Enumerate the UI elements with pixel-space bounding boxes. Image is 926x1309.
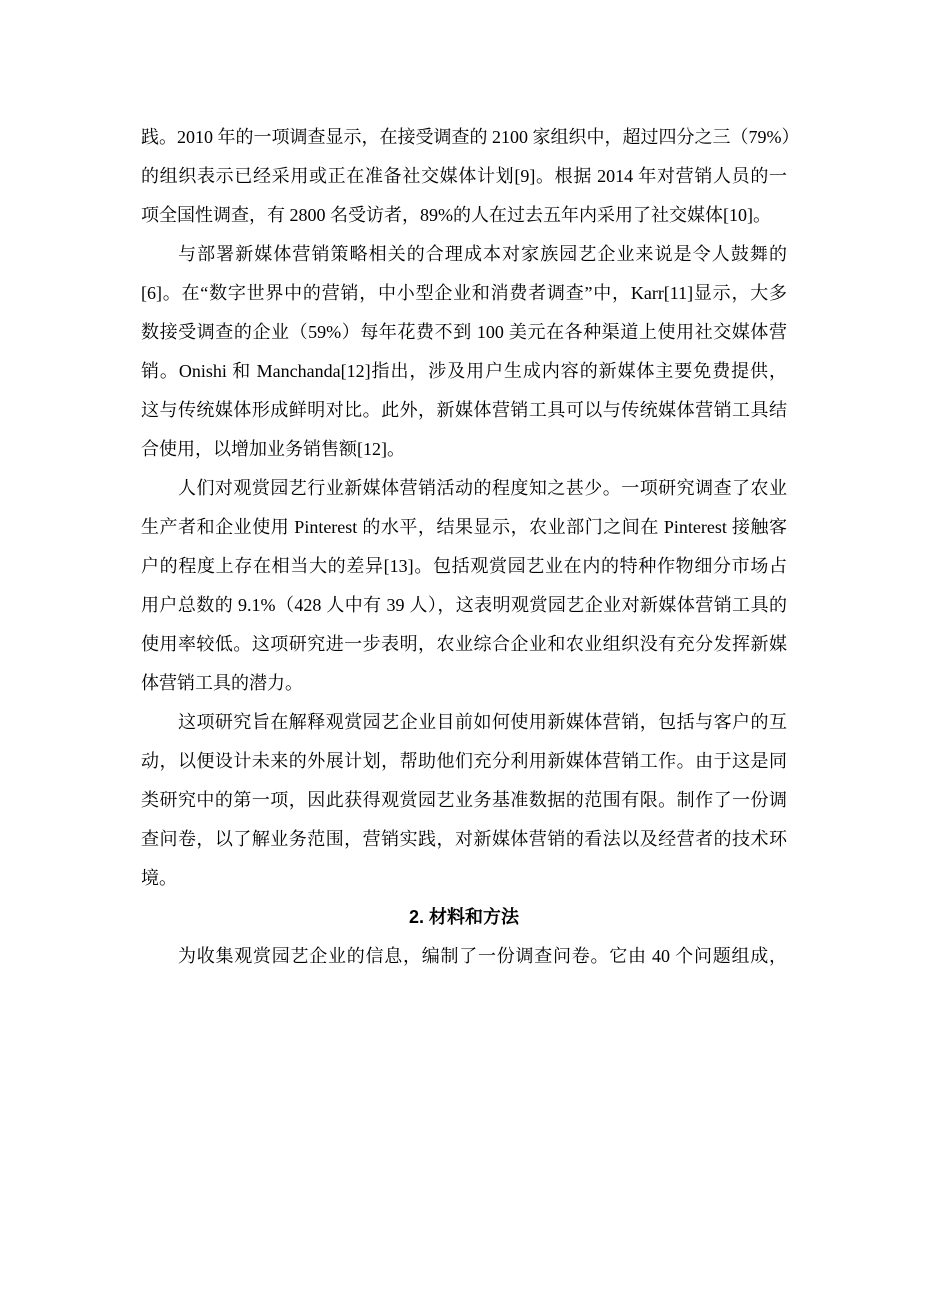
text-line: 用户总数的 9.1%（428 人中有 39 人），这表明观赏园艺企业对新媒体营销…	[141, 586, 787, 625]
text-line: 销。Onishi 和 Manchanda[12]指出，涉及用户生成内容的新媒体主…	[141, 352, 787, 391]
text-line: 项全国性调查，有 2800 名受访者，89%的人在过去五年内采用了社交媒体[10…	[141, 196, 787, 235]
text-line: 使用率较低。这项研究进一步表明，农业综合企业和农业组织没有充分发挥新媒	[141, 625, 787, 664]
paragraph-survey-stats: 践。2010 年的一项调查显示，在接受调查的 2100 家组织中，超过四分之三（…	[141, 118, 787, 235]
text-line: 动，以便设计未来的外展计划，帮助他们充分利用新媒体营销工作。由于这是同	[141, 742, 787, 781]
text-line: 人们对观赏园艺行业新媒体营销活动的程度知之甚少。一项研究调查了农业	[141, 469, 787, 508]
text-line: 这项研究旨在解释观赏园艺企业目前如何使用新媒体营销，包括与客户的互	[141, 703, 787, 742]
text-line: 生产者和企业使用 Pinterest 的水平，结果显示，农业部门之间在 Pint…	[141, 508, 787, 547]
paragraph-methods: 为收集观赏园艺企业的信息，编制了一份调查问卷。它由 40 个问题组成，	[141, 937, 787, 976]
text-line: 户的程度上存在相当大的差异[13]。包括观赏园艺业在内的特种作物细分市场占	[141, 547, 787, 586]
text-line: 合使用，以增加业务销售额[12]。	[141, 430, 787, 469]
text-line: 类研究中的第一项，因此获得观赏园艺业务基准数据的范围有限。制作了一份调	[141, 781, 787, 820]
text-line: 为收集观赏园艺企业的信息，编制了一份调查问卷。它由 40 个问题组成，	[141, 937, 787, 976]
text-line: 境。	[141, 859, 787, 898]
text-line: 体营销工具的潜力。	[141, 664, 787, 703]
paragraph-pinterest: 人们对观赏园艺行业新媒体营销活动的程度知之甚少。一项研究调查了农业 生产者和企业…	[141, 469, 787, 703]
document-page: 践。2010 年的一项调查显示，在接受调查的 2100 家组织中，超过四分之三（…	[141, 118, 787, 976]
section-heading: 2. 材料和方法	[141, 898, 787, 937]
paragraph-cost: 与部署新媒体营销策略相关的合理成本对家族园艺企业来说是令人鼓舞的 [6]。在“数…	[141, 235, 787, 469]
text-line: 数接受调查的企业（59%）每年花费不到 100 美元在各种渠道上使用社交媒体营	[141, 313, 787, 352]
text-line: [6]。在“数字世界中的营销，中小型企业和消费者调查”中，Karr[11]显示，…	[141, 274, 787, 313]
text-line: 这与传统媒体形成鲜明对比。此外，新媒体营销工具可以与传统媒体营销工具结	[141, 391, 787, 430]
text-line: 践。2010 年的一项调查显示，在接受调查的 2100 家组织中，超过四分之三（…	[141, 118, 787, 157]
text-line: 的组织表示已经采用或正在准备社交媒体计划[9]。根据 2014 年对营销人员的一	[141, 157, 787, 196]
paragraph-study-aim: 这项研究旨在解释观赏园艺企业目前如何使用新媒体营销，包括与客户的互 动，以便设计…	[141, 703, 787, 898]
text-line: 与部署新媒体营销策略相关的合理成本对家族园艺企业来说是令人鼓舞的	[141, 235, 787, 274]
text-line: 查问卷，以了解业务范围，营销实践，对新媒体营销的看法以及经营者的技术环	[141, 820, 787, 859]
